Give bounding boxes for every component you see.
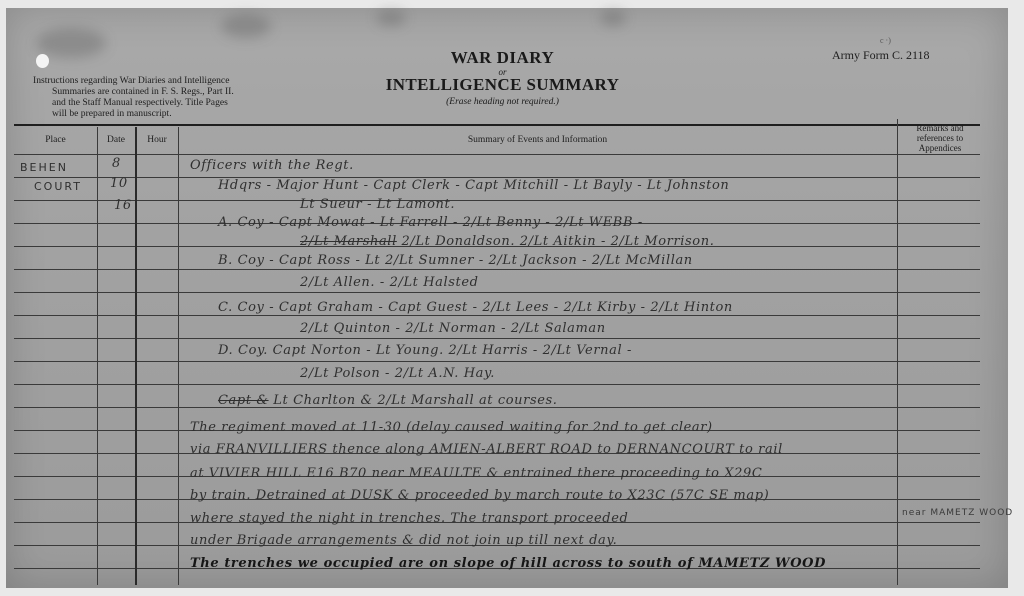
- form-number: Army Form C. 2118: [832, 48, 930, 63]
- page-subtitle: INTELLIGENCE SUMMARY: [360, 75, 645, 95]
- summary-line: 2/Lt Allen. - 2/Lt Halsted: [300, 275, 479, 290]
- stain: [600, 10, 626, 26]
- instructions-line: will be prepared in manuscript.: [33, 108, 265, 119]
- remarks-header-line: Remarks and: [916, 123, 963, 133]
- ruled-line: [14, 361, 980, 362]
- remarks-header-line: Appendices: [919, 143, 962, 153]
- summary-line: at VIVIER HILL E16 B70 near MEAULTE & en…: [190, 466, 762, 481]
- ruled-line: [14, 292, 980, 293]
- column-header-remarks: Remarks and references to Appendices: [897, 121, 983, 155]
- punch-hole: [36, 54, 49, 68]
- column-divider-date-hour: [135, 127, 137, 585]
- ruled-line: [14, 269, 980, 270]
- erase-note: (Erase heading not required.): [360, 97, 645, 107]
- column-header-date: Date: [97, 127, 135, 153]
- remarks-header-line: references to: [917, 133, 963, 143]
- instructions-line: Instructions regarding War Diaries and I…: [33, 75, 265, 86]
- ruled-line: [14, 338, 980, 339]
- entry-date-month: 10: [110, 176, 128, 191]
- entry-date-year: 16: [114, 198, 132, 213]
- summary-text: 2/Lt Donaldson. 2/Lt Aitkin - 2/Lt Morri…: [397, 234, 715, 249]
- entry-date-day: 8: [112, 156, 121, 171]
- summary-line: The regiment moved at 11-30 (delay cause…: [190, 420, 713, 435]
- struck-text: 2/Lt Marshall: [300, 234, 397, 249]
- ruled-line: [14, 200, 980, 201]
- corner-mark: c ·): [880, 36, 891, 45]
- summary-line: The trenches we occupied are on slope of…: [190, 556, 826, 571]
- stain: [36, 28, 106, 58]
- column-divider-hour-summary: [178, 127, 179, 585]
- summary-line: A. Coy - Capt Mowat - Lt Farrell - 2/Lt …: [218, 215, 643, 230]
- summary-line: C. Coy - Capt Graham - Capt Guest - 2/Lt…: [218, 300, 733, 315]
- summary-line: 2/Lt Polson - 2/Lt A.N. Hay.: [300, 366, 495, 381]
- column-header-place: Place: [14, 127, 97, 153]
- column-header-hour: Hour: [136, 127, 178, 153]
- column-divider-summary-remarks: [897, 119, 898, 585]
- summary-line: Officers with the Regt.: [190, 158, 354, 173]
- ruled-line: [14, 384, 980, 385]
- ruled-line: [14, 315, 980, 316]
- instructions-line: Summaries are contained in F. S. Regs., …: [33, 86, 265, 97]
- ruled-line: [14, 154, 980, 155]
- column-header-summary: Summary of Events and Information: [178, 127, 897, 153]
- stain: [221, 14, 271, 38]
- stain: [376, 10, 406, 26]
- ruled-line: [14, 124, 980, 126]
- summary-line: Lt Sueur - Lt Lamont.: [300, 197, 455, 212]
- summary-line: Capt & Lt Charlton & 2/Lt Marshall at co…: [218, 393, 558, 408]
- entry-place-line: COURT: [34, 180, 82, 193]
- instructions-line: and the Staff Manual respectively. Title…: [33, 97, 265, 108]
- summary-text: Lt Charlton & 2/Lt Marshall at courses.: [269, 393, 558, 408]
- summary-line: Hdqrs - Major Hunt - Capt Clerk - Capt M…: [218, 178, 729, 193]
- entry-place-line: BEHEN: [20, 161, 68, 174]
- summary-line: B. Coy - Capt Ross - Lt 2/Lt Sumner - 2/…: [218, 253, 693, 268]
- form-heading: WAR DIARY or INTELLIGENCE SUMMARY (Erase…: [360, 48, 645, 107]
- summary-line: 2/Lt Marshall 2/Lt Donaldson. 2/Lt Aitki…: [300, 234, 714, 249]
- summary-line: by train. Detrained at DUSK & proceeded …: [190, 488, 769, 503]
- summary-line: via FRANVILLIERS thence along AMIEN-ALBE…: [190, 442, 783, 457]
- page-title: WAR DIARY: [360, 48, 645, 68]
- summary-line: D. Coy. Capt Norton - Lt Young. 2/Lt Har…: [218, 343, 632, 358]
- remarks-note: near MAMETZ WOOD: [902, 508, 1013, 518]
- summary-line: 2/Lt Quinton - 2/Lt Norman - 2/Lt Salama…: [300, 321, 606, 336]
- summary-line: where stayed the night in trenches. The …: [190, 511, 628, 526]
- struck-text: Capt &: [218, 393, 269, 408]
- summary-line: under Brigade arrangements & did not joi…: [190, 533, 617, 548]
- column-divider-place-date: [97, 127, 98, 585]
- form-instructions: Instructions regarding War Diaries and I…: [33, 75, 265, 119]
